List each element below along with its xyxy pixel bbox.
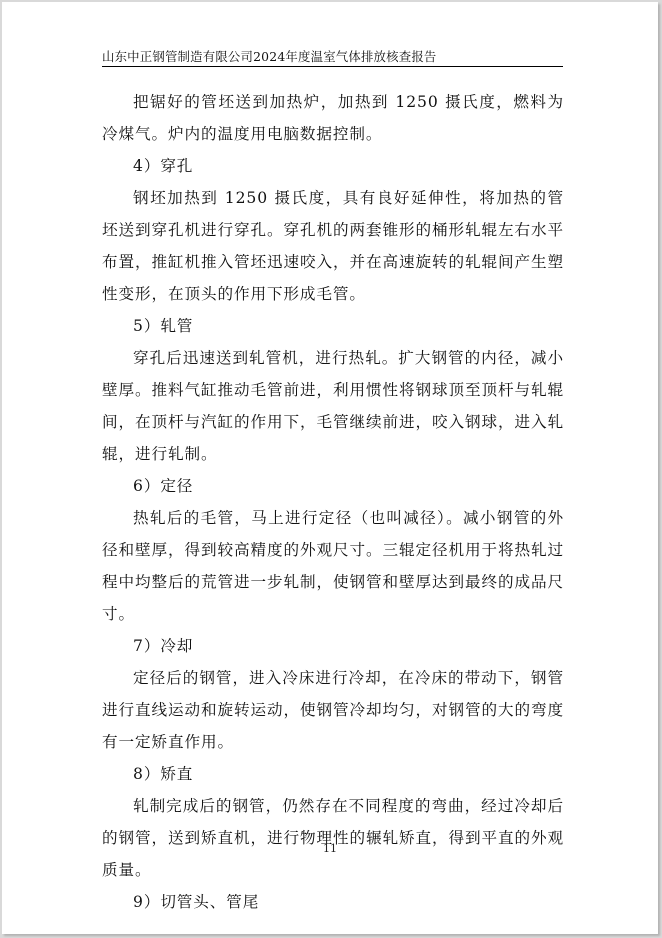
page-number: 11 bbox=[2, 842, 658, 855]
section-heading-piercing: 4）穿孔 bbox=[102, 150, 564, 182]
paragraph-piercing: 钢坯加热到 1250 摄氏度，具有良好延伸性，将加热的管坯送到穿孔机进行穿孔。穿… bbox=[102, 182, 564, 310]
paragraph-cooling: 定径后的钢管，进入冷床进行冷却，在冷床的带动下，钢管进行直线运动和旋转运动，使钢… bbox=[102, 662, 564, 758]
running-header: 山东中正钢管制造有限公司2024年度温室气体排放核查报告 bbox=[102, 48, 563, 67]
section-heading-rolling: 5）轧管 bbox=[102, 310, 564, 342]
section-heading-sizing: 6）定径 bbox=[102, 470, 564, 502]
paragraph-heating: 把锯好的管坯送到加热炉，加热到 1250 摄氏度，燃料为冷煤气。炉内的温度用电脑… bbox=[102, 86, 564, 150]
document-page: 山东中正钢管制造有限公司2024年度温室气体排放核查报告 把锯好的管坯送到加热炉… bbox=[2, 2, 658, 934]
section-heading-cutting: 9）切管头、管尾 bbox=[102, 886, 564, 918]
body-content: 把锯好的管坯送到加热炉，加热到 1250 摄氏度，燃料为冷煤气。炉内的温度用电脑… bbox=[102, 86, 564, 918]
paragraph-sizing: 热轧后的毛管，马上进行定径（也叫减径）。减小钢管的外径和壁厚，得到较高精度的外观… bbox=[102, 502, 564, 630]
paragraph-rolling: 穿孔后迅速送到轧管机，进行热轧。扩大钢管的内径，减小壁厚。推料气缸推动毛管前进，… bbox=[102, 342, 564, 470]
section-heading-straightening: 8）矫直 bbox=[102, 758, 564, 790]
section-heading-cooling: 7）冷却 bbox=[102, 630, 564, 662]
paragraph-straightening: 轧制完成后的钢管，仍然存在不同程度的弯曲，经过冷却后的钢管，送到矫直机，进行物理… bbox=[102, 790, 564, 886]
